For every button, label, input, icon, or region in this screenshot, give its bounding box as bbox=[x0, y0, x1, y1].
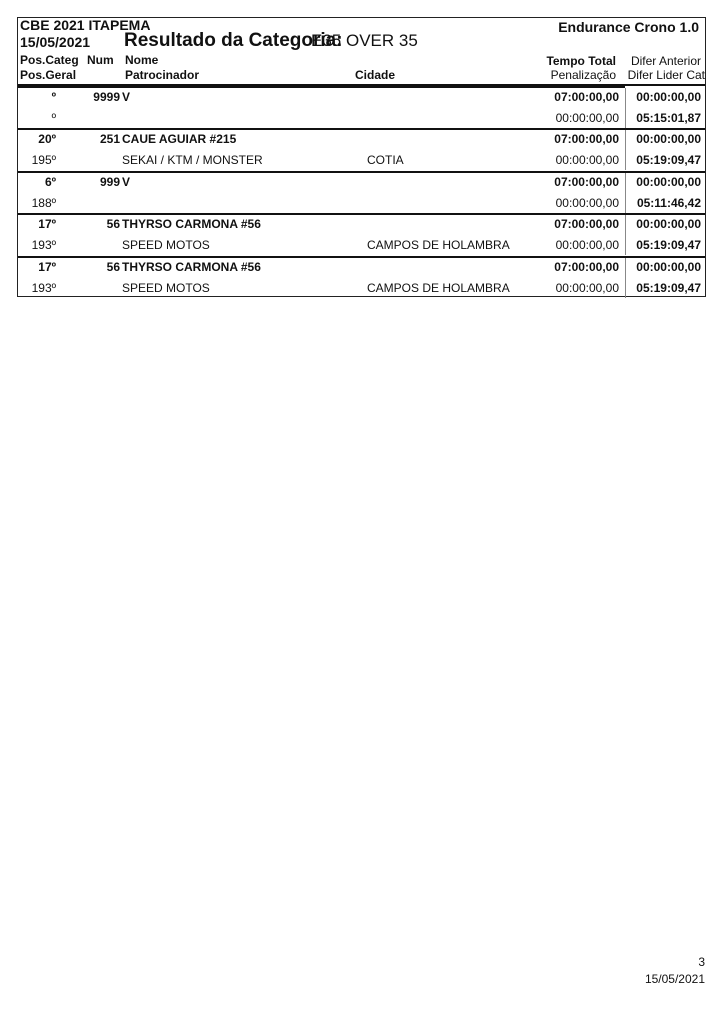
app-name: Endurance Crono 1.0 bbox=[558, 19, 699, 35]
result-row: 6º999V188º07:00:00,0000:00:00,0000:00:00… bbox=[18, 171, 705, 213]
col-cidade: Cidade bbox=[355, 68, 395, 82]
penalizacao: 00:00:00,00 bbox=[556, 196, 619, 210]
name: CAUE AGUIAR #215 bbox=[122, 132, 236, 146]
pos-categ: 17º bbox=[38, 217, 56, 231]
row-divider-right bbox=[625, 256, 705, 258]
pos-categ: 6º bbox=[45, 175, 56, 189]
result-row: 17º56THYRSO CARMONA #56193ºSPEED MOTOSCA… bbox=[18, 256, 705, 298]
col-pos-categ: Pos.Categ bbox=[20, 53, 79, 67]
row-divider bbox=[18, 128, 625, 130]
col-patrocinador: Patrocinador bbox=[125, 68, 199, 82]
name: V bbox=[122, 90, 130, 104]
sponsor: SEKAI / KTM / MONSTER bbox=[122, 153, 263, 167]
row-divider-right bbox=[625, 128, 705, 130]
tempo-total: 07:00:00,00 bbox=[554, 90, 619, 104]
col-tempo-total: Tempo Total bbox=[546, 54, 616, 68]
difer-lider: 05:19:09,47 bbox=[636, 281, 701, 295]
num: 999 bbox=[100, 175, 120, 189]
penalizacao: 00:00:00,00 bbox=[556, 238, 619, 252]
tempo-total: 07:00:00,00 bbox=[554, 132, 619, 146]
result-row: º9999Vº07:00:00,0000:00:00,0000:00:00,00… bbox=[18, 86, 705, 128]
difer-anterior: 00:00:00,00 bbox=[636, 90, 701, 104]
num: 56 bbox=[107, 217, 120, 231]
city: CAMPOS DE HOLAMBRA bbox=[367, 238, 510, 252]
category-name: E35 OVER 35 bbox=[311, 31, 418, 51]
page-number: 3 bbox=[698, 955, 705, 969]
difer-anterior: 00:00:00,00 bbox=[636, 217, 701, 231]
tempo-total: 07:00:00,00 bbox=[554, 175, 619, 189]
row-divider-right bbox=[625, 171, 705, 173]
results-report: CBE 2021 ITAPEMA 15/05/2021 Resultado da… bbox=[17, 17, 706, 297]
pos-geral: 193º bbox=[32, 238, 56, 252]
row-divider bbox=[18, 256, 625, 258]
footer-date: 15/05/2021 bbox=[645, 972, 705, 986]
row-divider-right bbox=[625, 213, 705, 215]
pos-categ: 20º bbox=[38, 132, 56, 146]
name: V bbox=[122, 175, 130, 189]
name: THYRSO CARMONA #56 bbox=[122, 260, 261, 274]
difer-lider: 05:15:01,87 bbox=[636, 111, 701, 125]
event-date: 15/05/2021 bbox=[20, 34, 90, 50]
col-pos-geral: Pos.Geral bbox=[20, 68, 76, 82]
row-divider bbox=[18, 213, 625, 215]
city: CAMPOS DE HOLAMBRA bbox=[367, 281, 510, 295]
column-divider bbox=[625, 130, 626, 170]
col-num: Num bbox=[87, 53, 114, 67]
tempo-total: 07:00:00,00 bbox=[554, 260, 619, 274]
pos-geral: 193º bbox=[32, 281, 56, 295]
difer-anterior: 00:00:00,00 bbox=[636, 175, 701, 189]
row-divider bbox=[18, 171, 625, 173]
difer-anterior: 00:00:00,00 bbox=[636, 260, 701, 274]
difer-lider: 05:19:09,47 bbox=[636, 238, 701, 252]
column-divider bbox=[625, 173, 626, 213]
difer-anterior: 00:00:00,00 bbox=[636, 132, 701, 146]
column-divider bbox=[625, 215, 626, 255]
tempo-total: 07:00:00,00 bbox=[554, 217, 619, 231]
col-nome: Nome bbox=[125, 53, 158, 67]
result-row: 20º251CAUE AGUIAR #215195ºSEKAI / KTM / … bbox=[18, 128, 705, 170]
penalizacao: 00:00:00,00 bbox=[556, 153, 619, 167]
name: THYRSO CARMONA #56 bbox=[122, 217, 261, 231]
sponsor: SPEED MOTOS bbox=[122, 238, 210, 252]
pos-geral: 188º bbox=[32, 196, 56, 210]
result-row: 17º56THYRSO CARMONA #56193ºSPEED MOTOSCA… bbox=[18, 213, 705, 255]
difer-lider: 05:11:46,42 bbox=[637, 196, 701, 210]
pos-geral: º bbox=[52, 111, 56, 125]
pos-categ: 17º bbox=[38, 260, 56, 274]
penalizacao: 00:00:00,00 bbox=[556, 111, 619, 125]
penalizacao: 00:00:00,00 bbox=[556, 281, 619, 295]
column-divider bbox=[625, 258, 626, 298]
col-penalizacao: Penalização bbox=[551, 68, 616, 82]
result-label: Resultado da Categoria: bbox=[124, 30, 343, 52]
num: 251 bbox=[100, 132, 120, 146]
city: COTIA bbox=[367, 153, 404, 167]
col-difer-anterior: Difer Anterior bbox=[631, 54, 701, 68]
pos-geral: 195º bbox=[32, 153, 56, 167]
col-difer-lider: Difer Lider Cat bbox=[628, 68, 705, 82]
num: 9999 bbox=[93, 90, 120, 104]
num: 56 bbox=[107, 260, 120, 274]
difer-lider: 05:19:09,47 bbox=[636, 153, 701, 167]
row-divider bbox=[18, 86, 625, 88]
pos-categ: º bbox=[52, 90, 56, 104]
column-divider bbox=[625, 88, 626, 128]
sponsor: SPEED MOTOS bbox=[122, 281, 210, 295]
